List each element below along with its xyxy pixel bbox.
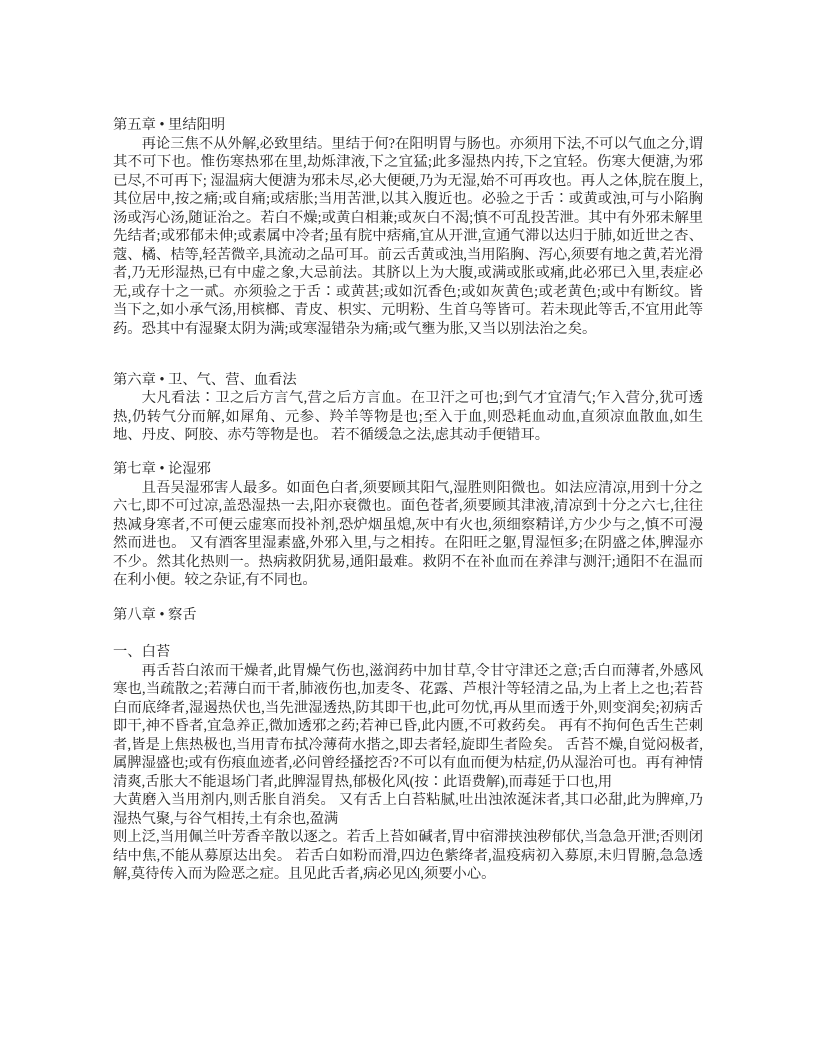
chapter-8-heading: 第八章 • 察舌 <box>113 606 703 625</box>
section-chapter-5: 第五章 • 里结阳明 再论三焦不从外解,必致里结。里结于何?在阳明胃与肠也。亦须… <box>113 116 703 338</box>
section-chapter-8: 第八章 • 察舌 一、白苔 再舌苔白浓而干燥者,此胃燥气伤也,滋润药中加甘草,令… <box>113 606 703 884</box>
chapter-8-subheading-white-coating: 一、白苔 <box>113 643 703 662</box>
section-chapter-6: 第六章 • 卫、气、营、血看法 大凡看法∶卫之后方言气,营之后方言血。在卫汗之可… <box>113 371 703 445</box>
section-chapter-7: 第七章 • 论湿邪 且吾吴湿邪害人最多。如面色白者,须要顾其阳气,湿胜则阳微也。… <box>113 460 703 590</box>
chapter-5-paragraph: 再论三焦不从外解,必致里结。里结于何?在阳明胃与肠也。亦须用下法,不可以气血之分… <box>113 135 703 339</box>
chapter-7-heading: 第七章 • 论湿邪 <box>113 460 703 479</box>
chapter-6-heading: 第六章 • 卫、气、营、血看法 <box>113 371 703 390</box>
document-page: 第五章 • 里结阳明 再论三焦不从外解,必致里结。里结于何?在阳明胃与肠也。亦须… <box>0 0 816 1056</box>
chapter-7-paragraph: 且吾吴湿邪害人最多。如面色白者,须要顾其阳气,湿胜则阳微也。如法应清凉,用到十分… <box>113 479 703 590</box>
chapter-5-heading: 第五章 • 里结阳明 <box>113 116 703 135</box>
chapter-6-paragraph: 大凡看法∶卫之后方言气,营之后方言血。在卫汗之可也;到气才宜清气;乍入营分,犹可… <box>113 389 703 445</box>
chapter-8-paragraph: 再舌苔白浓而干燥者,此胃燥气伤也,滋润药中加甘草,令甘守津还之意;舌白而薄者,外… <box>113 662 703 884</box>
